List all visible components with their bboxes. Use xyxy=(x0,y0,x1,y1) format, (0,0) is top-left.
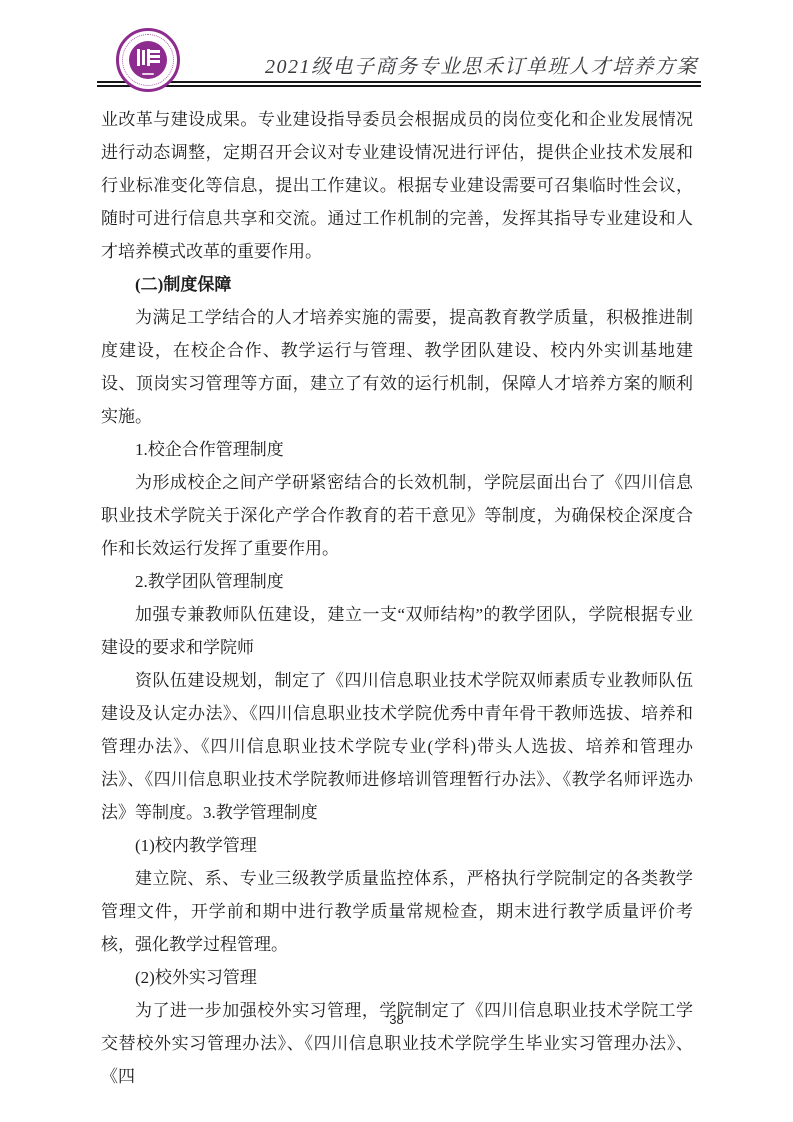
seal-emblem xyxy=(129,41,167,79)
document-page: 2021级电子商务专业思禾订单班人才培养方案 业改革与建设成果。专业建设指导委员… xyxy=(0,0,793,1122)
list-item-heading: 2.教学团队管理制度 xyxy=(101,565,693,598)
college-seal-icon xyxy=(116,28,180,92)
seal-base-mark xyxy=(142,73,154,76)
paragraph: 业改革与建设成果。专业建设指导委员会根据成员的岗位变化和企业发展情况进行动态调整… xyxy=(101,103,693,268)
paragraph: 为了进一步加强校外实习管理，学院制定了《四川信息职业技术学院工学交替校外实习管理… xyxy=(101,994,693,1093)
list-item-heading: (2)校外实习管理 xyxy=(101,961,693,994)
paragraph: 资队伍建设规划，制定了《四川信息职业技术学院双师素质专业教师队伍建设及认定办法》… xyxy=(101,664,693,829)
list-item-heading: 1.校企合作管理制度 xyxy=(101,433,693,466)
section-heading: (二)制度保障 xyxy=(101,268,693,301)
page-number: 38 xyxy=(0,1012,793,1027)
header-divider-line xyxy=(97,81,701,87)
header-title: 2021级电子商务专业思禾订单班人才培养方案 xyxy=(265,50,698,79)
paragraph: 加强专兼教师队伍建设，建立一支“双师结构”的教学团队，学院根据专业建设的要求和学… xyxy=(101,598,693,664)
paragraph: 建立院、系、专业三级教学质量监控体系，严格执行学院制定的各类教学管理文件，开学前… xyxy=(101,862,693,961)
seal-horizontal-bars xyxy=(149,50,160,63)
list-item-heading: (1)校内教学管理 xyxy=(101,829,693,862)
paragraph: 为形成校企之间产学研紧密结合的长效机制，学院层面出台了《四川信息职业技术学院关于… xyxy=(101,466,693,565)
document-body: 业改革与建设成果。专业建设指导委员会根据成员的岗位变化和企业发展情况进行动态调整… xyxy=(101,103,693,1093)
paragraph: 为满足工学结合的人才培养实施的需要，提高教育教学质量，积极推进制度建设，在校企合… xyxy=(101,301,693,433)
